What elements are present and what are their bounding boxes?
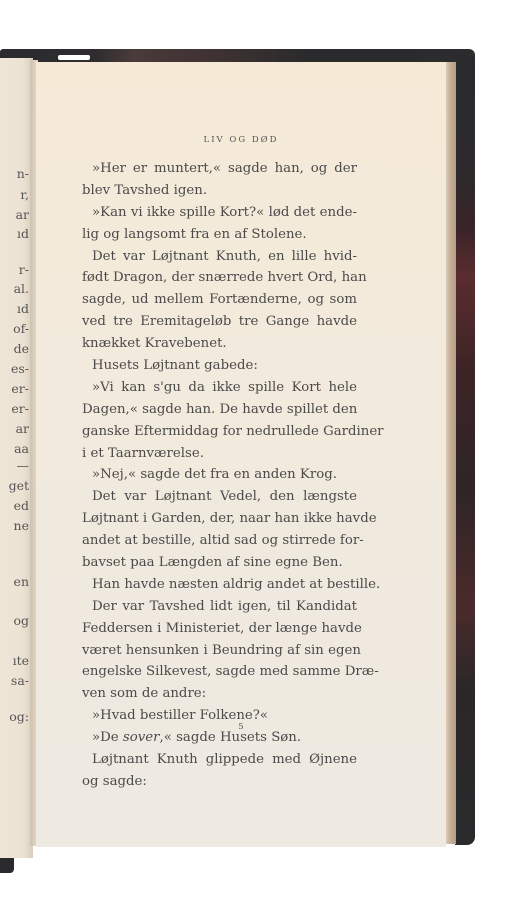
text-line: knækket Kravebenet. bbox=[82, 333, 357, 355]
text-line: »Nej,« sagde det fra en anden Krog. bbox=[82, 464, 357, 486]
text-line: »Kan vi ikke spille Kort?« lød det ende- bbox=[82, 202, 357, 224]
left-page-text-fragment: get bbox=[9, 478, 29, 493]
text-line: sagde, ud mellem Fortænderne, og som bbox=[82, 289, 357, 311]
text-line: været hensunken i Beundring af sin egen bbox=[82, 640, 357, 662]
left-page-text-fragment: er- bbox=[11, 401, 29, 416]
text-line: i et Taarnværelse. bbox=[82, 443, 357, 465]
bookmark-slip bbox=[58, 55, 90, 60]
left-page-text-fragment: sa- bbox=[11, 673, 29, 688]
text-line: engelske Silkevest, sagde med samme Dræ- bbox=[82, 661, 357, 683]
left-page-text-fragment: en bbox=[14, 574, 29, 589]
text-line: Løjtnant Knuth glippede med Øjnene bbox=[82, 749, 357, 771]
book-cover-right-edge bbox=[455, 55, 475, 845]
text-line: Der var Tavshed lidt igen, til Kandidat bbox=[82, 596, 357, 618]
page-number: 5 bbox=[36, 722, 446, 732]
left-page-text-fragment: al. bbox=[14, 281, 29, 296]
text-line: født Dragon, der snærrede hvert Ord, han bbox=[82, 267, 357, 289]
text-line: ganske Eftermiddag for nedrullede Gardin… bbox=[82, 421, 357, 443]
left-page-text-fragment: ıd bbox=[17, 226, 29, 241]
text-line: og sagde: bbox=[82, 771, 357, 793]
text-line: Husets Løjtnant gabede: bbox=[82, 355, 357, 377]
text-line: lig og langsomt fra en af Stolene. bbox=[82, 224, 357, 246]
text-line: Feddersen i Ministeriet, der længe havde bbox=[82, 618, 357, 640]
left-page-text-fragment: de bbox=[14, 341, 29, 356]
left-page-text-fragment: aa bbox=[14, 441, 29, 456]
text-line: bavset paa Længden af sine egne Ben. bbox=[82, 552, 357, 574]
left-page-text-fragment: er- bbox=[11, 381, 29, 396]
left-page-text-fragment: ıd bbox=[17, 301, 29, 316]
running-head: LIV OG DØD bbox=[36, 135, 446, 145]
left-page: n-r,arıdr-al.ıdof-dees-er-er-araa—getedn… bbox=[0, 58, 33, 858]
text-line: Han havde næsten aldrig andet at bestill… bbox=[82, 574, 357, 596]
left-page-text-fragment: ne bbox=[14, 518, 29, 533]
left-page-text-fragment: — bbox=[17, 458, 30, 473]
left-page-text-fragment: r, bbox=[20, 187, 29, 202]
text-line: Dagen,« sagde han. De havde spillet den bbox=[82, 399, 357, 421]
text-line: »Vi kan s'gu da ikke spille Kort hele bbox=[82, 377, 357, 399]
text-line: Det var Løjtnant Knuth, en lille hvid- bbox=[82, 246, 357, 268]
text-line: blev Tavshed igen. bbox=[82, 180, 357, 202]
left-page-text-fragment: r- bbox=[19, 262, 29, 277]
left-page-text-fragment: ıte bbox=[13, 653, 29, 668]
left-page-text-fragment: og bbox=[13, 613, 29, 628]
text-line: andet at bestille, altid sad og stirrede… bbox=[82, 530, 357, 552]
text-line: »Her er muntert,« sagde han, og der bbox=[82, 158, 357, 180]
text-line: ven som de andre: bbox=[82, 683, 357, 705]
body-text: »Her er muntert,« sagde han, og derblev … bbox=[82, 158, 357, 793]
left-page-text-fragment: n- bbox=[17, 166, 29, 181]
left-page-text-fragment: ar bbox=[16, 421, 29, 436]
left-page-text-fragment: og: bbox=[9, 709, 29, 724]
text-line: Løjtnant i Garden, der, naar han ikke ha… bbox=[82, 508, 357, 530]
text-line: Det var Løjtnant Vedel, den længste bbox=[82, 486, 357, 508]
left-page-text-fragment: es- bbox=[11, 361, 29, 376]
text-line: ved tre Eremitageløb tre Gange havde bbox=[82, 311, 357, 333]
left-page-text-fragment: of- bbox=[13, 321, 29, 336]
left-page-text-fragment: ed bbox=[14, 498, 29, 513]
left-page-text-fragment: ar bbox=[16, 207, 29, 222]
